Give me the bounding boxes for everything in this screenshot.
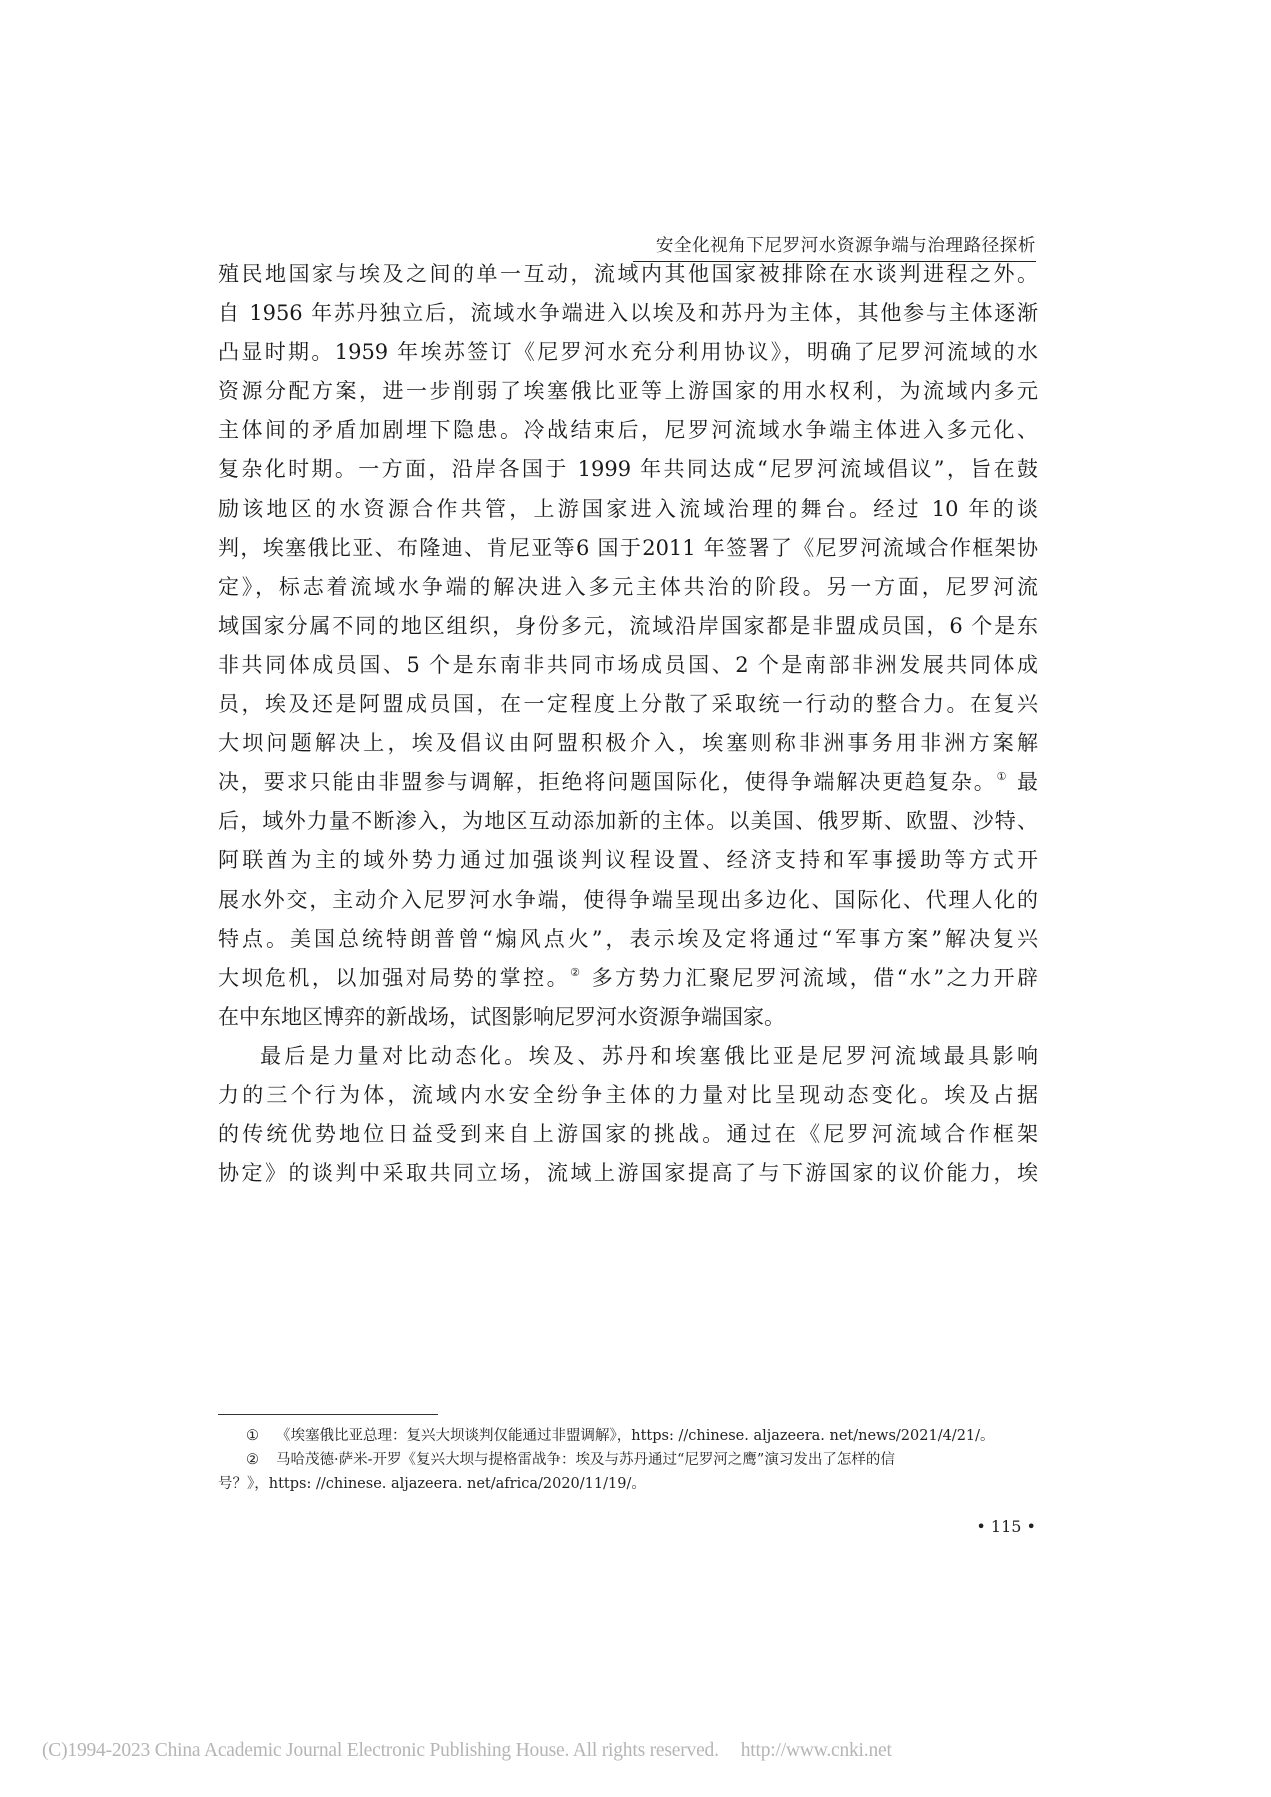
page-number: • 115 • <box>960 1517 1036 1536</box>
footnote-2-continuation: 号？》，https: //chinese. aljazeera. net/afr… <box>218 1472 1038 1496</box>
body-line: 展水外交，主动介入尼罗河水争端，使得争端呈现出多边化、国际化、代理人化的 <box>218 881 1038 920</box>
paragraph-2-line: 力的三个行为体，流域内水安全纷争主体的力量对比呈现动态变化。埃及占据 <box>218 1076 1038 1115</box>
body-text: 殖民地国家与埃及之间的单一互动，流域内其他国家被排除在水谈判进程之外。 自 19… <box>218 255 1038 1193</box>
copyright-watermark: (C)1994-2023 China Academic Journal Elec… <box>42 1740 892 1762</box>
footnote-2: ②马哈茂德·萨米-开罗《复兴大坝与提格雷战争：埃及与苏丹通过“尼罗河之鹰”演习发… <box>218 1448 1038 1472</box>
body-line: 阿联酋为主的域外势力通过加强谈判议程设置、经济支持和军事援助等方式开 <box>218 841 1038 880</box>
copyright-notice: (C)1994-2023 China Academic Journal Elec… <box>42 1740 719 1761</box>
body-line: 定》，标志着流域水争端的解决进入多元主体共治的阶段。另一方面，尼罗河流 <box>218 568 1038 607</box>
footnote-text: 《埃塞俄比亚总理：复兴大坝谈判仅能通过非盟调解》，https: //chines… <box>276 1428 995 1444</box>
body-line-text: 大坝危机，以加强对局势的掌控。 <box>218 966 570 990</box>
body-line: 在中东地区博弈的新战场，试图影响尼罗河水资源争端国家。 <box>218 998 1038 1037</box>
body-line: 特点。美国总统特朗普曾“煽风点火”，表示埃及定将通过“军事方案”解决复兴 <box>218 920 1038 959</box>
body-line: 大坝问题解决上，埃及倡议由阿盟积极介入，埃塞则称非洲事务用非洲方案解 <box>218 724 1038 763</box>
body-line: 主体间的矛盾加剧埋下隐患。冷战结束后，尼罗河流域水争端主体进入多元化、 <box>218 411 1038 450</box>
footnote-ref-2[interactable]: ② <box>570 966 582 979</box>
body-line-with-footnote-ref: 大坝危机，以加强对局势的掌控。② 多方势力汇聚尼罗河流域，借“水”之力开辟 <box>218 959 1038 998</box>
body-line: 员，埃及还是阿盟成员国，在一定程度上分散了采取统一行动的整合力。在复兴 <box>218 685 1038 724</box>
copyright-url[interactable]: http://www.cnki.net <box>741 1740 892 1761</box>
body-line: 励该地区的水资源合作共管，上游国家进入流域治理的舞台。经过 10 年的谈 <box>218 490 1038 529</box>
paragraph-2-line: 最后是力量对比动态化。埃及、苏丹和埃塞俄比亚是尼罗河流域最具影响 <box>218 1037 1038 1076</box>
paragraph-2-line: 的传统优势地位日益受到来自上游国家的挑战。通过在《尼罗河流域合作框架 <box>218 1115 1038 1154</box>
footnote-divider <box>218 1414 438 1415</box>
body-line: 凸显时期。1959 年埃苏签订《尼罗河水充分利用协议》，明确了尼罗河流域的水 <box>218 333 1038 372</box>
paragraph-2-line: 协定》的谈判中采取共同立场，流域上游国家提高了与下游国家的议价能力，埃 <box>218 1154 1038 1193</box>
footnote-marker: ② <box>246 1448 276 1472</box>
body-line-with-footnote-ref: 决，要求只能由非盟参与调解，拒绝将问题国际化，使得争端解决更趋复杂。① 最 <box>218 763 1038 802</box>
body-line-text: 多方势力汇聚尼罗河流域，借“水”之力开辟 <box>582 966 1038 990</box>
footnotes: ①《埃塞俄比亚总理：复兴大坝谈判仅能通过非盟调解》，https: //chine… <box>218 1424 1038 1496</box>
body-line: 后，域外力量不断渗入，为地区互动添加新的主体。以美国、俄罗斯、欧盟、沙特、 <box>218 802 1038 841</box>
body-line: 判，埃塞俄比亚、布隆迪、肯尼亚等6 国于2011 年签署了《尼罗河流域合作框架协 <box>218 529 1038 568</box>
body-line: 非共同体成员国、5 个是东南非共同市场成员国、2 个是南部非洲发展共同体成 <box>218 646 1038 685</box>
body-line: 资源分配方案，进一步削弱了埃塞俄比亚等上游国家的用水权利，为流域内多元 <box>218 372 1038 411</box>
body-line: 域国家分属不同的地区组织，身份多元，流域沿岸国家都是非盟成员国，6 个是东 <box>218 607 1038 646</box>
body-line-text: 决，要求只能由非盟参与调解，拒绝将问题国际化，使得争端解决更趋复杂。 <box>218 770 997 794</box>
footnote-text: 马哈茂德·萨米-开罗《复兴大坝与提格雷战争：埃及与苏丹通过“尼罗河之鹰”演习发出… <box>276 1452 895 1468</box>
body-line: 殖民地国家与埃及之间的单一互动，流域内其他国家被排除在水谈判进程之外。 <box>218 255 1038 294</box>
footnote-marker: ① <box>246 1424 276 1448</box>
body-line: 复杂化时期。一方面，沿岸各国于 1999 年共同达成“尼罗河流域倡议”，旨在鼓 <box>218 450 1038 489</box>
footnote-1: ①《埃塞俄比亚总理：复兴大坝谈判仅能通过非盟调解》，https: //chine… <box>218 1424 1038 1448</box>
body-line-text: 最 <box>1008 770 1038 794</box>
body-line: 自 1956 年苏丹独立后，流域水争端进入以埃及和苏丹为主体，其他参与主体逐渐 <box>218 294 1038 333</box>
footnote-ref-1[interactable]: ① <box>997 770 1009 783</box>
